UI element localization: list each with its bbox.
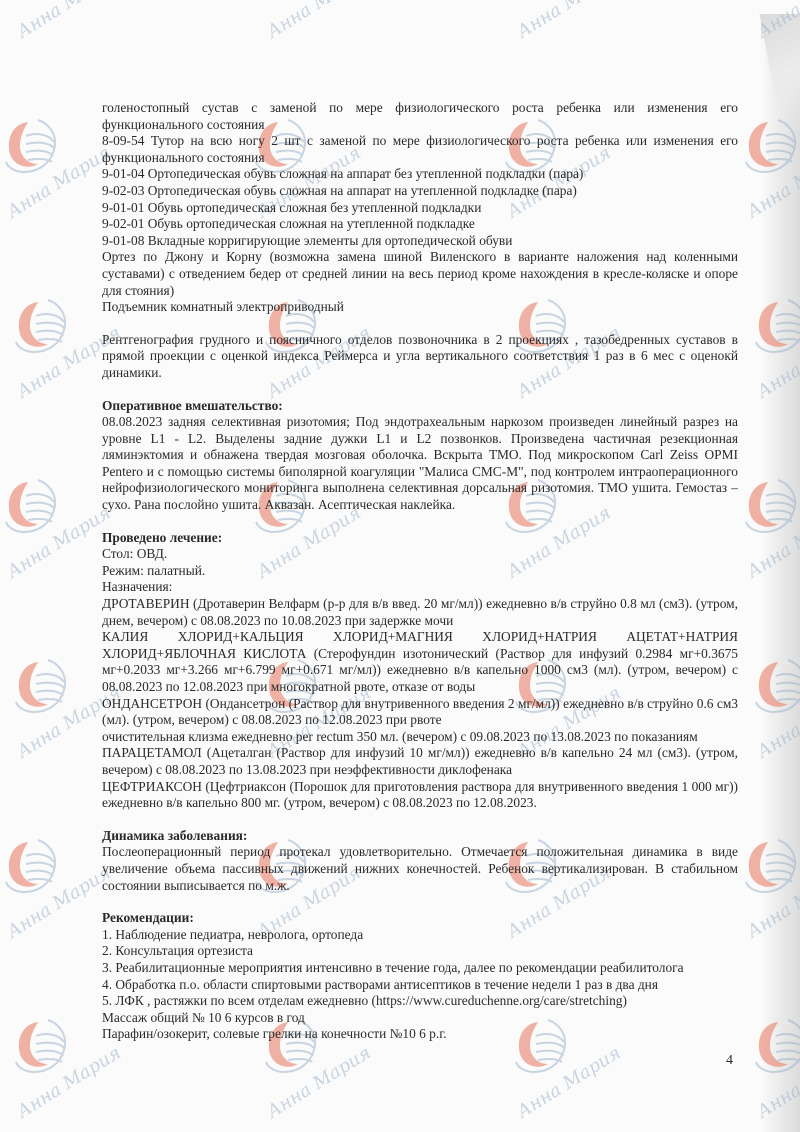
recommendation-item: Массаж общий № 10 6 курсов в год (102, 1010, 738, 1027)
recommendation-item: 3. Реабилитационные мероприятия интенсив… (102, 960, 738, 977)
watermark-text: Анна Мария (753, 322, 800, 402)
watermark-text: Анна Мария (13, 0, 124, 43)
heart-hand-logo-icon (738, 834, 800, 898)
prescription-item: ОНДАНСЕТРОН (Ондансетрон (Раствор для вн… (102, 696, 738, 729)
dynamics-text: Послеоперационный период протекал удовле… (102, 844, 738, 894)
dynamics-section: Динамика заболевания: Послеоперационный … (102, 828, 738, 894)
watermark-logo: Анна Мария (0, 650, 110, 770)
device-line: 9-02-01 Обувь ортопедическая сложная на … (102, 216, 738, 233)
watermark-logo: Анна Мария (0, 1010, 110, 1130)
page-number: 4 (726, 1053, 733, 1069)
heart-hand-logo-icon (748, 294, 800, 358)
xray-paragraph: Рентгенография грудного и поясничного от… (102, 332, 738, 382)
recommendation-item: 2. Консультация ортезиста (102, 943, 738, 960)
watermark-text: Анна Мария (743, 862, 800, 942)
document-body: голеностопный сустав с заменой по мере ф… (102, 100, 738, 1043)
surgery-section: Оперативное вмешательство: 08.08.2023 за… (102, 398, 738, 514)
section-heading: Динамика заболевания: (102, 828, 738, 845)
watermark-text: Анна Мария (3, 862, 114, 942)
section-heading: Проведено лечение: (102, 530, 738, 547)
regime-line: Режим: палатный. (102, 563, 738, 580)
heart-hand-logo-icon (748, 1014, 800, 1078)
device-line: 9-01-01 Обувь ортопедическая сложная без… (102, 200, 738, 217)
watermark-text: Анна Мария (753, 0, 800, 43)
watermark-text: Анна Мария (743, 502, 800, 582)
watermark-logo: Анна Мария (730, 290, 800, 410)
watermark-text: Анна Мария (263, 0, 374, 43)
device-line: 9-01-08 Вкладные корригирующие элементы … (102, 233, 738, 250)
heart-hand-logo-icon (0, 114, 62, 178)
device-line: 9-02-03 Ортопедическая обувь сложная на … (102, 183, 738, 200)
watermark-text: Анна Мария (513, 0, 624, 43)
device-line: 8-09-54 Тутор на всю ногу 2 шт с заменой… (102, 133, 738, 166)
prescription-item: КАЛИЯ ХЛОРИД+КАЛЬЦИЯ ХЛОРИД+МАГНИЯ ХЛОРИ… (102, 629, 738, 695)
section-heading: Рекомендации: (102, 910, 738, 927)
watermark-text: Анна Мария (3, 502, 114, 582)
watermark-text: Анна Мария (743, 142, 800, 222)
surgery-text: 08.08.2023 задняя селективная ризотомия;… (102, 414, 738, 514)
heart-hand-logo-icon (8, 1014, 72, 1078)
heart-hand-logo-icon (738, 114, 800, 178)
watermark-logo: Анна Мария (730, 0, 800, 50)
heart-hand-logo-icon (0, 474, 62, 538)
watermark-logo: Анна Мария (490, 0, 610, 50)
watermark-logo: Анна Мария (240, 0, 360, 50)
prescription-item: ЦЕФТРИАКСОН (Цефтриаксон (Порошок для пр… (102, 779, 738, 812)
watermark-logo: Анна Мария (0, 830, 100, 950)
heart-hand-logo-icon (0, 834, 62, 898)
prescription-item: ДРОТАВЕРИН (Дротаверин Велфарм (р-р для … (102, 596, 738, 629)
recommendation-item: Парафин/озокерит, солевые грелки на коне… (102, 1026, 738, 1043)
recommendations-section: Рекомендации: 1. Наблюдение педиатра, не… (102, 910, 738, 1043)
recommendation-item: 5. ЛФК , растяжки по всем отделам ежедне… (102, 993, 738, 1010)
device-line: Ортез по Джону и Корну (возможна замена … (102, 249, 738, 299)
watermark-logo: Анна Мария (730, 650, 800, 770)
prescriptions-label: Назначения: (102, 579, 738, 596)
watermark-logo: Анна Мария (0, 470, 100, 590)
heart-hand-logo-icon (8, 294, 72, 358)
heart-hand-logo-icon (748, 654, 800, 718)
recommendation-item: 1. Наблюдение педиатра, невролога, ортоп… (102, 927, 738, 944)
recommendation-item: 4. Обработка п.о. области спиртовыми рас… (102, 977, 738, 994)
prescription-item: ПАРАЦЕТАМОЛ (Ацеталган (Раствор для инфу… (102, 745, 738, 778)
section-heading: Оперативное вмешательство: (102, 398, 738, 415)
device-line: голеностопный сустав с заменой по мере ф… (102, 100, 738, 133)
watermark-logo: Анна Мария (730, 1010, 800, 1130)
watermark-logo: Анна Мария (0, 0, 110, 50)
heart-hand-logo-icon (738, 474, 800, 538)
diet-line: Стол: ОВД. (102, 546, 738, 563)
treatment-section: Проведено лечение: Стол: ОВД. Режим: пал… (102, 530, 738, 812)
device-line: Подъемник комнатный электроприводный (102, 299, 738, 316)
devices-list: голеностопный сустав с заменой по мере ф… (102, 100, 738, 316)
watermark-text: Анна Мария (3, 142, 114, 222)
watermark-text: Анна Мария (13, 1042, 124, 1122)
prescription-item: очистительная клизма ежедневно per rectu… (102, 729, 738, 746)
watermark-logo: Анна Мария (0, 290, 110, 410)
watermark-text: Анна Мария (513, 1042, 624, 1122)
heart-hand-logo-icon (8, 654, 72, 718)
watermark-logo: Анна Мария (0, 110, 100, 230)
watermark-text: Анна Мария (263, 1042, 374, 1122)
scan-page-edge-shadow (760, 14, 800, 1132)
device-line: 9-01-04 Ортопедическая обувь сложная на … (102, 166, 738, 183)
watermark-text: Анна Мария (753, 1042, 800, 1122)
watermark-text: Анна Мария (753, 682, 800, 762)
